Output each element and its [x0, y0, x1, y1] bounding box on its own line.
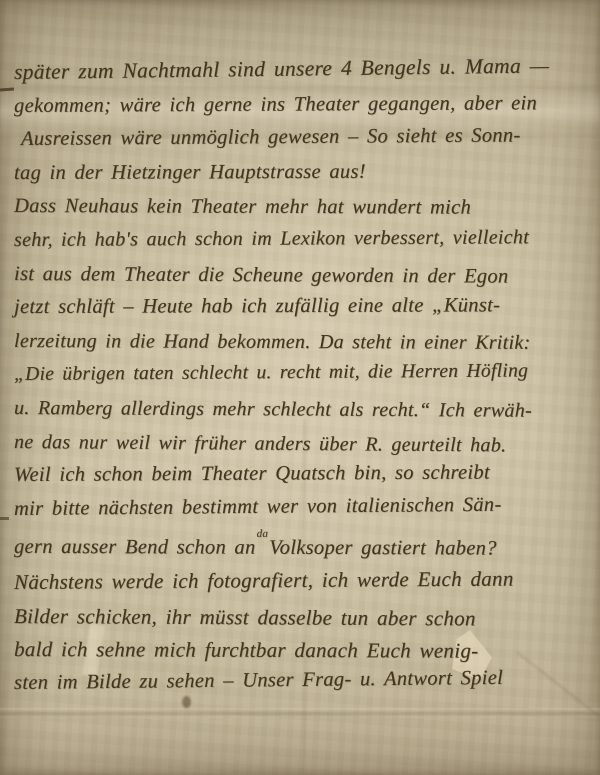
margin-pen-mark: [0, 517, 9, 520]
handwritten-line: gekommen; wäre ich gerne ins Theater geg…: [14, 87, 592, 124]
handwritten-line: Ausreissen wäre unmöglich gewesen – So s…: [14, 119, 592, 157]
handwritten-line: später zum Nachtmahl sind unsere 4 Benge…: [14, 49, 592, 90]
handwritten-line: Bilder schicken, ihr müsst dasselbe tun …: [14, 600, 592, 637]
handwritten-line: Nächstens werde ich fotografiert, ich we…: [14, 562, 592, 600]
handwritten-line: mir bitte nächsten bestimmt wer von ital…: [14, 488, 592, 527]
line-text-post: Volksoper gastiert haben?: [269, 537, 497, 560]
handwritten-line: sten im Bilde zu sehen – Unser Frag- u. …: [14, 661, 592, 701]
letter-text-block: später zum Nachtmahl sind unsere 4 Benge…: [14, 56, 592, 700]
line-text-pre: gern ausser Bend schon an: [14, 536, 256, 559]
superscript-insertion: da: [257, 528, 269, 540]
handwritten-line: tag in der Hietzinger Hauptstrasse aus!: [14, 155, 592, 191]
handwritten-line: jetzt schläft – Heute hab ich zufällig e…: [14, 289, 592, 325]
handwritten-line: „Die übrigen taten schlecht u. recht mit…: [14, 354, 592, 392]
handwritten-line: u. Ramberg allerdings mehr schlecht als …: [14, 392, 592, 429]
handwritten-line: Weil ich schon beim Theater Quatsch bin,…: [14, 456, 592, 493]
letter-paper: später zum Nachtmahl sind unsere 4 Benge…: [0, 0, 600, 775]
handwritten-line-with-insertion: gern ausser Bend schon andaVolksoper gas…: [14, 526, 592, 562]
fold-crease-bottom: [0, 708, 600, 718]
handwritten-line: sehr, ich hab's auch schon im Lexikon ve…: [14, 221, 592, 258]
